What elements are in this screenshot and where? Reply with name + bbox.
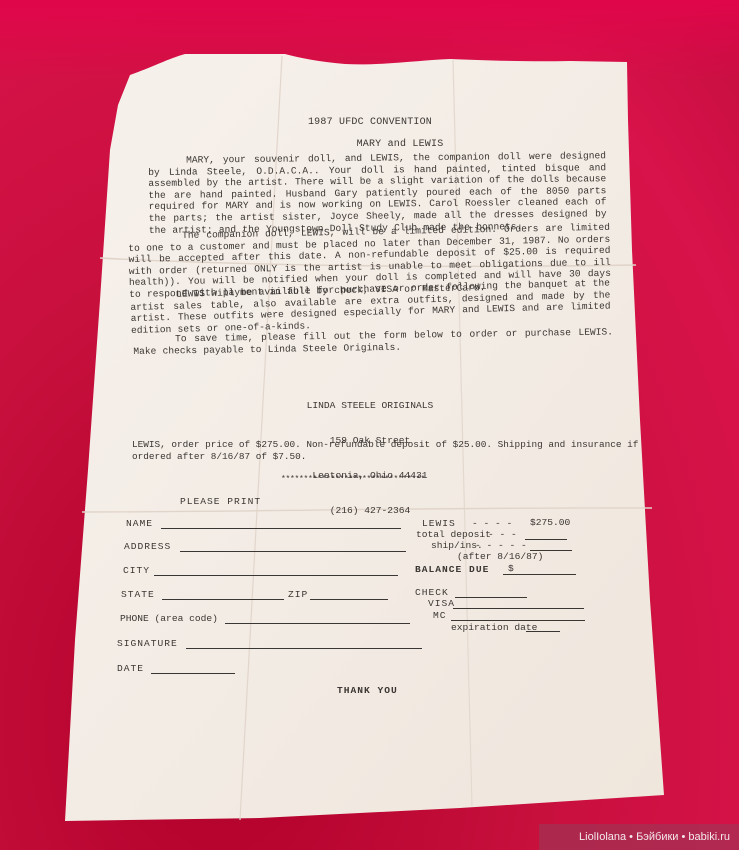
deposit-dashes: - - -: [488, 529, 517, 541]
balance-symbol: $: [508, 563, 514, 575]
balance-due-field[interactable]: [503, 574, 576, 575]
ship-dashes: - - - - -: [475, 540, 527, 552]
visa-label: VISA: [428, 598, 455, 610]
signature-field[interactable]: [186, 648, 422, 649]
pricing-note-line2: ordered after 8/16/87 of $7.50.: [132, 451, 306, 463]
city-field[interactable]: [154, 575, 398, 576]
name-label: NAME: [126, 518, 153, 530]
date-field[interactable]: [151, 673, 235, 674]
please-print-label: PLEASE PRINT: [180, 496, 261, 508]
state-field[interactable]: [162, 599, 284, 600]
thank-you: THANK YOU: [337, 685, 398, 697]
address-label: ADDRESS: [124, 541, 171, 553]
document-title: 1987 UFDC CONVENTION: [250, 117, 490, 129]
expiration-field[interactable]: [526, 631, 560, 632]
paper-sheet: 1987 UFDC CONVENTION MARY and LEWIS MARY…: [0, 0, 739, 850]
check-field[interactable]: [455, 597, 527, 598]
city-label: CITY: [123, 565, 150, 577]
ship-note: (after 8/16/87): [457, 551, 543, 563]
zip-field[interactable]: [310, 599, 388, 600]
phone-field[interactable]: [225, 623, 410, 624]
phone-label: PHONE (area code): [120, 613, 218, 625]
address-field[interactable]: [180, 551, 406, 552]
deposit-field[interactable]: [525, 539, 567, 540]
signature-label: SIGNATURE: [117, 638, 178, 650]
deposit-label: total deposit: [416, 529, 491, 541]
date-label: DATE: [117, 663, 144, 675]
state-label: STATE: [121, 589, 155, 601]
zip-label: ZIP: [288, 589, 308, 601]
order-item-price: $275.00: [530, 517, 570, 529]
separator-stars: ********************************: [281, 474, 425, 486]
expiration-label: expiration date: [451, 622, 537, 634]
address-company: LINDA STEELE ORIGINALS: [270, 400, 470, 412]
address-phone: (216) 427-2364: [270, 505, 470, 517]
mc-field[interactable]: [451, 620, 585, 621]
check-label: CHECK: [415, 587, 449, 599]
watermark-credit: LiolIolana • Бэйбики • babiki.ru: [539, 824, 739, 850]
name-field[interactable]: [161, 528, 401, 529]
order-item-label: LEWIS: [422, 518, 456, 530]
visa-field[interactable]: [453, 608, 584, 609]
order-item-dashes: - - - -: [472, 518, 512, 530]
balance-due-label: BALANCE DUE: [415, 564, 489, 576]
pricing-note-line1: LEWIS, order price of $275.00. Non-refun…: [132, 439, 638, 451]
document-subtitle: MARY and LEWIS: [300, 139, 500, 151]
mc-label: MC: [433, 610, 447, 622]
